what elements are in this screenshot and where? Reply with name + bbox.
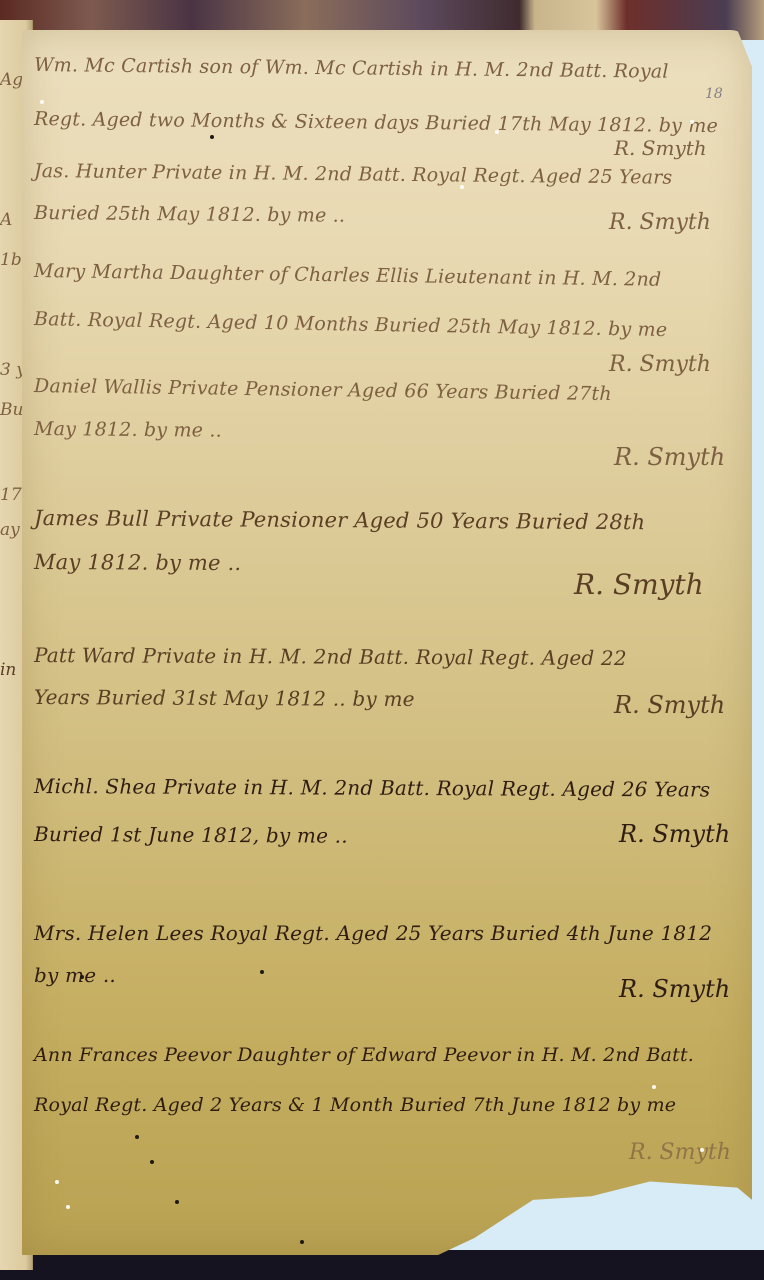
ink-dot — [175, 1200, 179, 1204]
signature: R. Smyth — [614, 136, 707, 160]
entry-line: Batt. Royal Regt. Aged 10 Months Buried … — [34, 310, 668, 340]
entry-line: Ann Frances Peevor Daughter of Edward Pe… — [34, 1046, 694, 1065]
entry-line: May 1812. by me .. — [34, 420, 222, 441]
wormhole — [40, 100, 44, 104]
ink-dot — [210, 135, 214, 139]
signature: R. Smyth — [614, 691, 725, 719]
entry-line: Daniel Wallis Private Pensioner Aged 66 … — [34, 377, 612, 404]
wormhole — [66, 1205, 70, 1209]
entry-line: James Bull Private Pensioner Aged 50 Yea… — [34, 508, 645, 533]
entry-line: Regt. Aged two Months & Sixteen days Bur… — [34, 110, 718, 136]
signature: R. Smyth — [609, 352, 711, 377]
signature: R. Smyth — [619, 975, 730, 1003]
entry-line: Years Buried 31st May 1812 .. by me — [34, 687, 415, 709]
wormhole — [700, 1148, 704, 1152]
entry-line: by me .. — [34, 965, 116, 985]
entry-line: Jas. Hunter Private in H. M. 2nd Batt. R… — [34, 162, 673, 188]
entry-line: Buried 25th May 1812. by me .. — [34, 204, 345, 226]
ink-dot — [150, 1160, 154, 1164]
entry-line: Wm. Mc Cartish son of Wm. Mc Cartish in … — [34, 56, 669, 82]
signature: R. Smyth — [619, 820, 730, 848]
wormhole — [690, 120, 694, 124]
wormhole — [495, 130, 499, 134]
entry-line: Patt Ward Private in H. M. 2nd Batt. Roy… — [34, 645, 627, 668]
signature: R. Smyth — [629, 1140, 731, 1165]
entry-line: Buried 1st June 1812, by me .. — [34, 824, 348, 846]
entry-line: Mrs. Helen Lees Royal Regt. Aged 25 Year… — [34, 923, 712, 943]
ink-dot — [80, 975, 84, 979]
wormhole — [460, 185, 464, 189]
entry-line: Michl. Shea Private in H. M. 2nd Batt. R… — [34, 776, 710, 800]
entry-line: May 1812. by me .. — [34, 552, 241, 574]
wormhole — [652, 1085, 656, 1089]
burial-entries: Wm. Mc Cartish son of Wm. Mc Cartish in … — [0, 0, 764, 1280]
entry-line: Mary Martha Daughter of Charles Ellis Li… — [34, 262, 662, 290]
signature: R. Smyth — [609, 210, 711, 235]
ink-dot — [260, 970, 264, 974]
wormhole — [55, 1180, 59, 1184]
ink-dot — [300, 1240, 304, 1244]
ink-dot — [135, 1135, 139, 1139]
signature: R. Smyth — [574, 568, 704, 601]
entry-line: Royal Regt. Aged 2 Years & 1 Month Burie… — [34, 1096, 676, 1115]
signature: R. Smyth — [614, 443, 725, 471]
